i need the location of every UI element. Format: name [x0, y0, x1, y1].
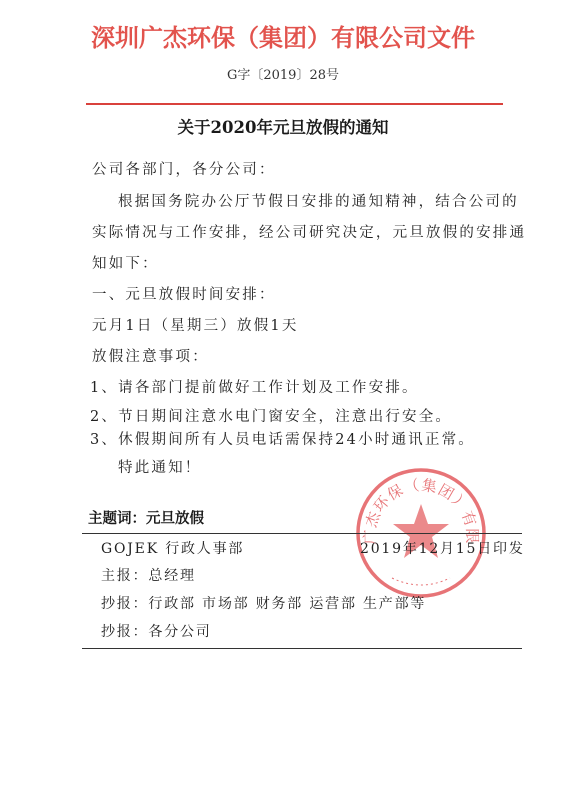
paragraph-line-2: 实际情况与工作安排，经公司研究决定，元旦放假的安排通	[92, 221, 526, 242]
document-number: G字〔2019〕28号	[0, 64, 566, 83]
notes-heading: 放假注意事项：	[92, 345, 209, 366]
main-report-recipient: 主报：总经理	[101, 565, 196, 585]
note-item-2: 2、节日期间注意水电门窗安全，注意出行安全。	[90, 405, 452, 426]
footer-top-divider	[82, 533, 522, 534]
note-item-3: 3、休假期间所有人员电话需保持24小时通讯正常。	[90, 428, 475, 449]
section-heading-schedule: 一、元旦放假时间安排：	[92, 283, 276, 304]
cc-departments: 抄报：行政部 市场部 财务部 运营部 生产部等	[101, 593, 426, 613]
holiday-schedule: 元月1日（星期三）放假1天	[92, 314, 299, 335]
issuing-department: GOJEK 行政人事部	[101, 538, 244, 558]
issue-date: 2019年12月15日印发	[360, 538, 525, 558]
subject-keywords: 主题词：元旦放假	[88, 507, 204, 528]
organization-title: 深圳广杰环保（集团）有限公司文件	[0, 18, 566, 53]
paragraph-line-3: 知如下：	[92, 252, 159, 273]
notice-title: 关于2020年元旦放假的通知	[0, 114, 566, 138]
footer-bottom-divider	[82, 648, 522, 649]
paragraph-line-1: 根据国务院办公厅节假日安排的通知精神，结合公司的	[118, 190, 519, 211]
cc-branches: 抄报：各分公司	[101, 621, 212, 641]
note-item-1: 1、请各部门提前做好工作计划及工作安排。	[90, 376, 419, 397]
salutation: 公司各部门，各分公司：	[92, 158, 276, 179]
closing-remark: 特此通知！	[118, 456, 202, 477]
red-header-divider	[86, 103, 503, 105]
